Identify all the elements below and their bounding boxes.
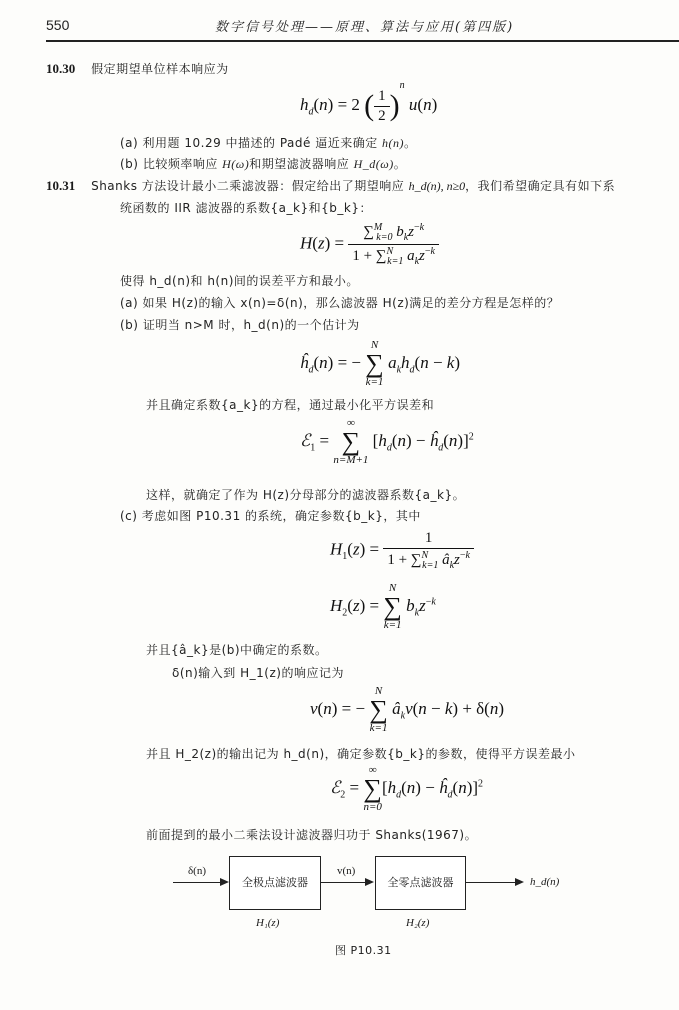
- output-arrow-head-icon: [515, 878, 524, 886]
- equation-error-2: ℰ2 = ∞∑n=0[hd(n) − ĥd(n)]2: [330, 765, 483, 813]
- block1-transfer-function: H₁(z): [256, 917, 279, 929]
- problem-number: 10.31: [46, 178, 75, 193]
- equation-v: v(n) = − N∑k=1 âkv(n − k) + δ(n): [310, 686, 504, 734]
- equation-hd: hd(n) = 2 (12)n u(n): [300, 80, 437, 125]
- mid-label: v(n): [337, 865, 355, 877]
- problem-10-30-part-a: (a) 利用题 10.29 中描述的 Padé 逼近来确定 h(n)。: [120, 134, 417, 152]
- input-arrow-head-icon: [220, 878, 229, 886]
- part-b-text3: 这样，就确定了作为 H(z)分母部分的滤波器系数{a_k}。: [146, 486, 465, 504]
- part-c-text5: 前面提到的最小二乘法设计滤波器归功于 Shanks(1967)。: [146, 826, 477, 844]
- equation-system-function: H(z) = ∑Mk=0 bkz−k 1 + ∑Nk=1 akz−k: [300, 222, 439, 267]
- header-rule: [46, 40, 679, 42]
- equation-h1: H1(z) = 1 1 + ∑Nk=1 âkz−k: [330, 530, 474, 571]
- figure-p10-31: δ(n) 全极点滤波器 H₁(z) v(n) 全零点滤波器 H₂(z) h_d(…: [0, 850, 679, 1010]
- part-b-text: (b) 证明当 n>M 时，h_d(n)的一个估计为: [120, 316, 360, 334]
- part-c-text3: δ(n)输入到 H_1(z)的响应记为: [172, 664, 344, 682]
- input-label: δ(n): [188, 865, 206, 877]
- equation-h2: H2(z) = N∑k=1 bkz−k: [330, 583, 436, 631]
- problem-10-31-intro-line2: 统函数的 IIR 滤波器的系数{a_k}和{b_k}：: [120, 199, 372, 217]
- input-arrow-line: [173, 882, 221, 883]
- part-c-text4: 并且 H_2(z)的输出记为 h_d(n)，确定参数{b_k}的参数，使得平方误…: [146, 745, 575, 763]
- page-number: 550: [46, 17, 69, 33]
- figure-caption: 图 P10.31: [335, 942, 392, 958]
- running-header-title: 数字信号处理——原理、算法与应用(第四版): [215, 16, 514, 35]
- problem-10-30-heading: 10.30 假定期望单位样本响应为: [46, 60, 229, 78]
- part-c-text2: 并且{â_k}是(b)中确定的系数。: [146, 641, 328, 659]
- all-pole-filter-block: 全极点滤波器: [229, 856, 321, 910]
- problem-10-31-heading: 10.31 Shanks 方法设计最小二乘滤波器：假定给出了期望响应 h_d(n…: [46, 177, 615, 195]
- equation-hd-estimate: ĥd(n) = − N∑k=1 akhd(n − k): [300, 340, 460, 388]
- equation-error-1: ℰ1 = ∞∑n=M+1 [hd(n) − ĥd(n)]2: [300, 418, 474, 466]
- problem-number: 10.30: [46, 61, 75, 76]
- part-a-text: (a) 如果 H(z)的输入 x(n)=δ(n)，那么滤波器 H(z)满足的差分…: [120, 294, 559, 312]
- part-c-text: (c) 考虑如图 P10.31 的系统，确定参数{b_k}，其中: [120, 507, 421, 525]
- all-zero-filter-block: 全零点滤波器: [375, 856, 466, 910]
- output-arrow-line: [466, 882, 516, 883]
- output-label: h_d(n): [530, 876, 559, 888]
- problem-intro: 假定期望单位样本响应为: [91, 62, 229, 76]
- part-b-text2: 并且确定系数{a_k}的方程，通过最小化平方误差和: [146, 396, 434, 414]
- mid-arrow-line: [321, 882, 366, 883]
- problem-10-30-part-b: (b) 比较频率响应 H(ω)和期望滤波器响应 H_d(ω)。: [120, 155, 406, 173]
- mid-arrow-head-icon: [365, 878, 374, 886]
- block2-transfer-function: H₂(z): [406, 917, 429, 929]
- goal-text: 使得 h_d(n)和 h(n)间的误差平方和最小。: [120, 272, 359, 290]
